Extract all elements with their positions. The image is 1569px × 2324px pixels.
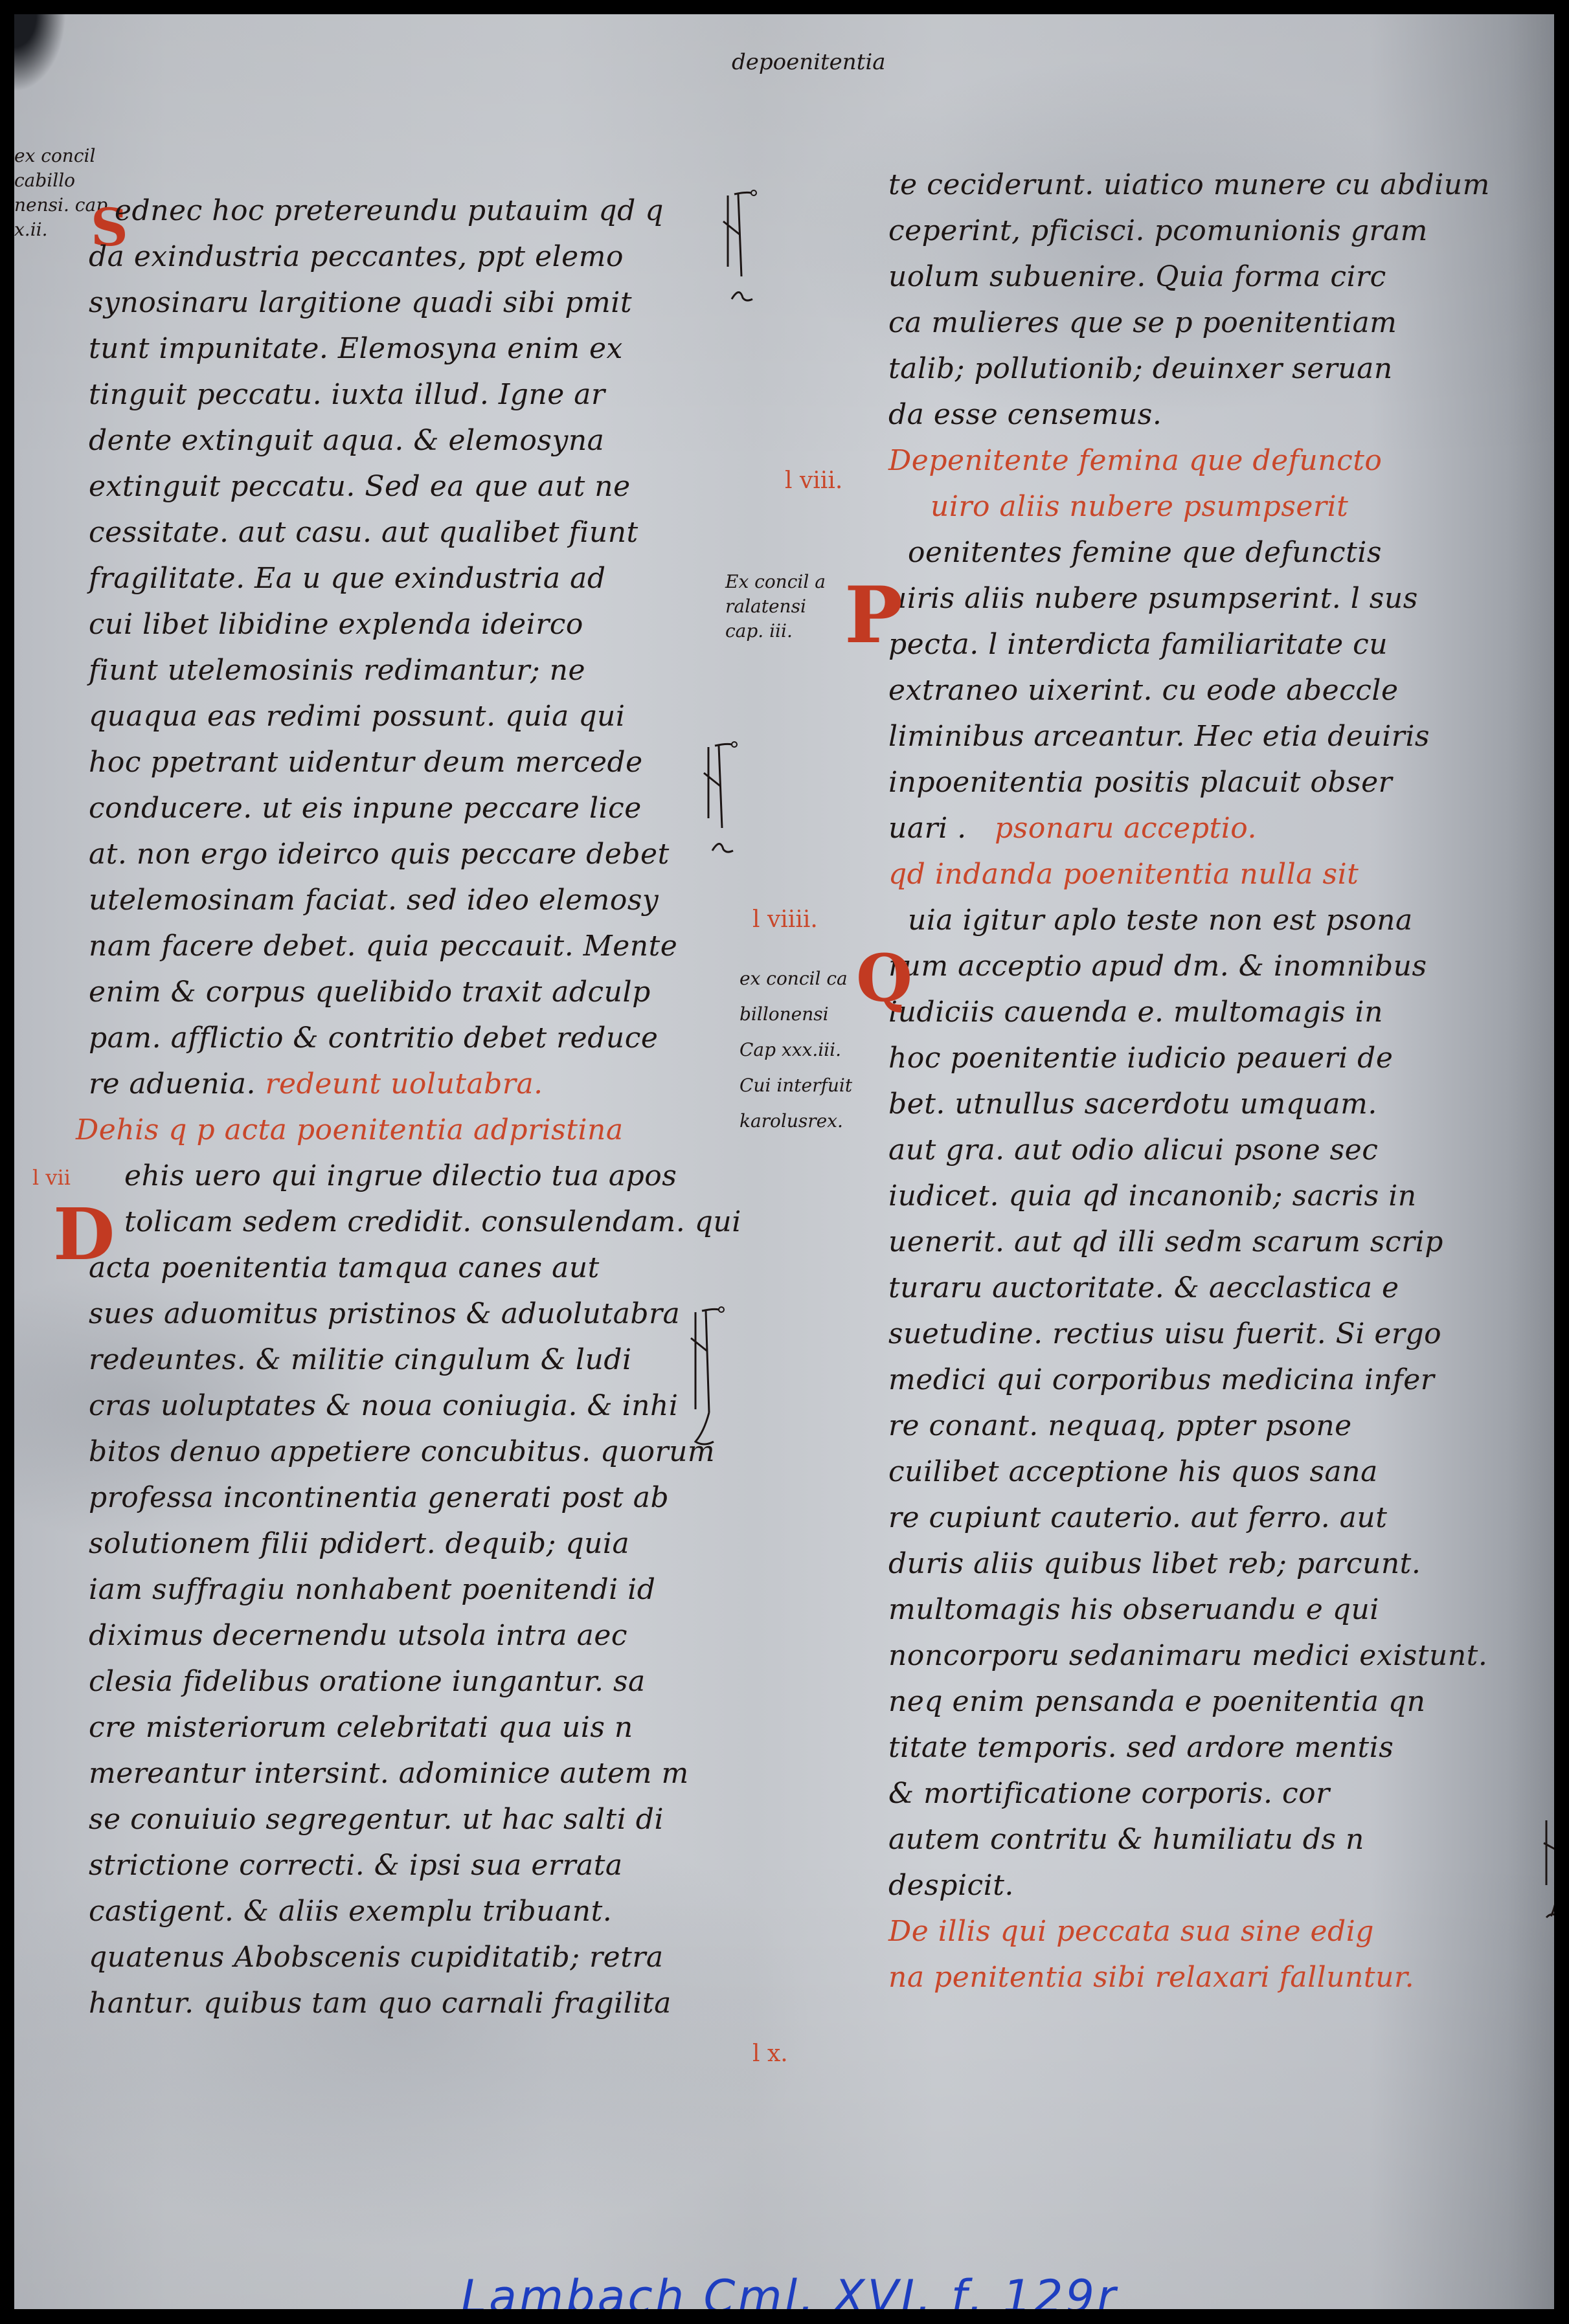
chapter-heading-lviii-1: Depenitente femina que defuncto: [888, 438, 1523, 484]
text-line: fragilitate. Ea u que exindustria ad: [89, 555, 710, 601]
text-line: da exindustria peccantes, ppt elemo: [89, 234, 710, 280]
right-column-text: te ceciderunt. uiatico munere cu abdium …: [888, 162, 1523, 2000]
text-line: diximus decernendu utsola intra aec: [89, 1613, 710, 1659]
text-line: uenerit. aut qd illi sedm scarum scrip: [888, 1219, 1523, 1265]
text-line: neq enim pensanda e poenitentia qn: [888, 1679, 1523, 1725]
text-line: hoc ppetrant uidentur deum mercede: [89, 739, 710, 785]
text-line: conducere. ut eis inpune peccare lice: [89, 785, 710, 831]
text-line: uolum subuenire. Quia forma circ: [888, 254, 1523, 300]
initial-D: D: [53, 1192, 115, 1276]
shelfmark-annotation: Lambach Cml. XVI. f. 129r: [461, 2270, 1118, 2309]
text-line: mereantur intersint. adominice autem m: [89, 1750, 710, 1796]
text-line: ehis uero qui ingrue dilectio tua apos: [89, 1153, 710, 1199]
margin-note-line: ralatensi: [725, 594, 826, 619]
initial-P: P: [844, 570, 903, 661]
text-line: liminibus arceantur. Hec etia deuiris: [888, 713, 1523, 759]
text-line: cui libet libidine explenda ideirco: [89, 601, 710, 647]
chapter-number-lvii: l vii: [32, 1165, 71, 1190]
text-line: fiunt utelemosinis redimantur; ne: [89, 647, 710, 693]
running-head: depoenitentia: [732, 49, 886, 75]
text-line: ceperint, pficisci. pcomunionis gram: [888, 208, 1523, 254]
text-line: at. non ergo ideirco quis peccare debet: [89, 831, 710, 877]
text-line: professa incontinentia generati post ab: [89, 1475, 710, 1521]
chapter-number-lx: l x.: [752, 2040, 788, 2067]
nota-mark-icon: [1541, 1814, 1554, 1924]
text-line: cre misteriorum celebritati qua uis n: [89, 1704, 710, 1750]
text-line: redeuntes. & militie cingulum & ludi: [89, 1337, 710, 1383]
left-column-text: ednec hoc pretereundu putauim qd q da ex…: [89, 188, 710, 2026]
text-line: rum acceptio apud dm. & inomnibus: [888, 943, 1523, 989]
manuscript-folio: depoenitentia ex concil cabillo nensi. c…: [14, 14, 1554, 2309]
chapter-number-lviii: l viii.: [785, 467, 842, 494]
text-line: uari . psonaru acceptio.: [888, 805, 1523, 851]
text-line: turaru auctoritate. & aecclastica e: [888, 1265, 1523, 1311]
nota-mark-icon: [701, 734, 739, 864]
text-line: se conuiuio segregentur. ut hac salti di: [89, 1796, 710, 1842]
margin-note-line: Cap xxx.iii.: [739, 1032, 852, 1067]
text-line: quatenus Abobscenis cupiditatib; retra: [89, 1934, 710, 1980]
text-line: despicit.: [888, 1862, 1523, 1908]
text-line: cras uoluptates & noua coniugia. & inhi: [89, 1383, 710, 1429]
text-line: medici qui corporibus medicina infer: [888, 1357, 1523, 1403]
text-line: castigent. & aliis exemplu tribuant.: [89, 1888, 710, 1934]
text-line: noncorporu sedanimaru medici existunt.: [888, 1633, 1523, 1679]
text-line: hoc poenitentie iudicio peaueri de: [888, 1035, 1523, 1081]
chapter-number-lviiii: l viiii.: [752, 906, 818, 933]
chapter-heading-lx-2: na penitentia sibi relaxari falluntur.: [888, 1954, 1523, 2000]
text-line: utelemosinam faciat. sed ideo elemosy: [89, 877, 710, 923]
text-line: hantur. quibus tam quo carnali fragilita: [89, 1980, 710, 2026]
text-line: suetudine. rectius uisu fuerit. Si ergo: [888, 1311, 1523, 1357]
text-line: extraneo uixerint. cu eode abeccle: [888, 667, 1523, 713]
text-line: extinguit peccatu. Sed ea que aut ne: [89, 464, 710, 509]
text-line: duris aliis quibus libet reb; parcunt.: [888, 1541, 1523, 1587]
text-line: aut gra. aut odio alicui psone sec: [888, 1127, 1523, 1173]
text-line: tolicam sedem credidit. consulendam. qui: [89, 1199, 710, 1245]
rubric-inline: psonaru acceptio.: [995, 812, 1257, 845]
nota-mark-icon: [720, 183, 759, 312]
text-line: ednec hoc pretereundu putauim qd q: [89, 188, 710, 234]
text-line: bitos denuo appetiere concubitus. quorum: [89, 1429, 710, 1475]
text-line: re conant. nequaq, ppter psone: [888, 1403, 1523, 1449]
text-line: tinguit peccatu. iuxta illud. Igne ar: [89, 372, 710, 418]
text-line: titate temporis. sed ardore mentis: [888, 1725, 1523, 1771]
nota-mark-icon: [688, 1299, 727, 1455]
text-line: cessitate. aut casu. aut qualibet fiunt: [89, 509, 710, 555]
text-line: & mortificatione corporis. cor: [888, 1771, 1523, 1816]
margin-note-line: Ex concil a: [725, 570, 826, 594]
margin-note-concil-palatense: Ex concil a ralatensi cap. iii.: [725, 570, 826, 643]
margin-note-line: karolusrex.: [739, 1103, 852, 1139]
margin-note-line: ex concil: [14, 144, 107, 168]
margin-note-concil-cabillonense: ex concil ca billonensi Cap xxx.iii. Cui…: [739, 961, 852, 1139]
text-line: pecta. l interdicta familiaritate cu: [888, 621, 1523, 667]
text-line: uiris aliis nubere psumpserint. l sus: [888, 575, 1523, 621]
chapter-heading-lviii-2: uiro aliis nubere psumpserit: [888, 484, 1523, 530]
text-line: cuilibet acceptione his quos sana: [888, 1449, 1523, 1495]
text-line: tunt impunitate. Elemosyna enim ex: [89, 326, 710, 372]
text-line: iudiciis cauenda e. multomagis in: [888, 989, 1523, 1035]
text-line: talib; pollutionib; deuinxer seruan: [888, 346, 1523, 392]
chapter-heading-lvii: Dehis q p acta poenitentia adpristina: [76, 1107, 710, 1153]
text-line: bet. utnullus sacerdotu umquam.: [888, 1081, 1523, 1127]
text-line: re aduenia. redeunt uolutabra.: [89, 1061, 710, 1107]
chapter-heading-lx-1: De illis qui peccata sua sine edig: [888, 1908, 1523, 1954]
text-line: synosinaru largitione quadi sibi pmit: [89, 280, 710, 326]
text-line: clesia fidelibus oratione iungantur. sa: [89, 1659, 710, 1704]
text-line: inpoenitentia positis placuit obser: [888, 759, 1523, 805]
text-line: iudicet. quia qd incanonib; sacris in: [888, 1173, 1523, 1219]
text-fragment: uari .: [888, 812, 967, 845]
text-line: solutionem filii pdidert. dequib; quia: [89, 1521, 710, 1567]
text-line: quaqua eas redimi possunt. quia qui: [89, 693, 710, 739]
text-line: autem contritu & humiliatu ds n: [888, 1816, 1523, 1862]
text-line: dente extinguit aqua. & elemosyna: [89, 418, 710, 464]
initial-Q: Q: [856, 940, 912, 1016]
text-line: te ceciderunt. uiatico munere cu abdium: [888, 162, 1523, 208]
text-fragment: re aduenia.: [89, 1067, 256, 1101]
text-line: uia igitur aplo teste non est psona: [888, 897, 1523, 943]
rubric-inline: redeunt uolutabra.: [265, 1067, 543, 1101]
text-line: re cupiunt cauterio. aut ferro. aut: [888, 1495, 1523, 1541]
text-line: nam facere debet. quia peccauit. Mente: [89, 923, 710, 969]
text-line: enim & corpus quelibido traxit adculp: [89, 969, 710, 1015]
margin-note-line: ex concil ca: [739, 961, 852, 996]
text-line: iam suffragiu nonhabent poenitendi id: [89, 1567, 710, 1613]
text-line: strictione correcti. & ipsi sua errata: [89, 1842, 710, 1888]
text-line: ca mulieres que se p poenitentiam: [888, 300, 1523, 346]
text-line: da esse censemus.: [888, 392, 1523, 438]
margin-note-line: billonensi: [739, 996, 852, 1032]
page-corner-shadow: [14, 14, 66, 92]
chapter-heading-lviiii: qd indanda poenitentia nulla sit: [888, 851, 1523, 897]
text-line: multomagis his obseruandu e qui: [888, 1587, 1523, 1633]
text-line: pam. afflictio & contritio debet reduce: [89, 1015, 710, 1061]
text-line: sues aduomitus pristinos & aduolutabra: [89, 1291, 710, 1337]
text-line: oenitentes femine que defunctis: [888, 530, 1523, 575]
margin-note-line: Cui interfuit: [739, 1067, 852, 1103]
text-line: acta poenitentia tamqua canes aut: [89, 1245, 710, 1291]
margin-note-line: cap. iii.: [725, 619, 826, 643]
